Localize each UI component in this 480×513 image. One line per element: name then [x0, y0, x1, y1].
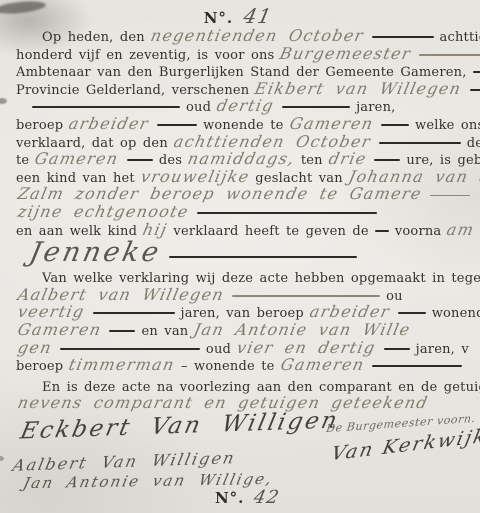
handwritten-text: arbeider	[67, 115, 151, 133]
filler-rule	[375, 230, 389, 232]
printed-text: – wonende te	[181, 359, 275, 374]
document-line: een kind van hetvrouwelijkegeslacht vanJ…	[0, 168, 480, 186]
handwritten-text: vrouwelijke	[139, 168, 251, 186]
filler-rule	[381, 124, 409, 126]
printed-text: wonende te	[203, 118, 283, 133]
filler-rule	[384, 348, 410, 350]
filler-rule-light	[419, 54, 480, 56]
filler-rule	[372, 36, 434, 38]
filler-rule	[32, 106, 180, 108]
printed-text: des	[159, 153, 182, 168]
act-number-value: 41	[242, 4, 275, 28]
printed-text: wonende	[432, 306, 480, 321]
scanned-birth-act-page: N°. 41 Op heden, dennegentienden October…	[0, 0, 480, 513]
printed-text: beroep	[16, 118, 63, 133]
handwritten-text: drie	[327, 150, 368, 168]
printed-text: en van	[141, 324, 188, 339]
printed-text: voorna	[395, 224, 442, 239]
printed-text: honderd vijf en zeventig, is voor ons	[16, 48, 274, 63]
printed-text: te	[16, 153, 29, 168]
next-act-number-value: 42	[251, 487, 281, 508]
document-line: Van welke verklaring wij deze acte hebbe…	[0, 268, 480, 286]
document-line: honderd vijf en zeventig, is voor onsBur…	[0, 45, 480, 63]
filler-rule	[157, 124, 197, 126]
filler-rule-light	[430, 195, 470, 197]
document-line: verklaard, dat op denachttienden October…	[0, 133, 480, 151]
handwritten-name-large: Jenneke	[27, 240, 163, 266]
filler-rule	[93, 312, 175, 314]
printed-text: verklaard heeft te geven de	[173, 224, 368, 239]
filler-rule	[197, 212, 377, 214]
handwritten-text: am	[446, 221, 477, 239]
handwritten-text: namiddags,	[186, 150, 296, 168]
handwritten-text: Aalbert van Willegen	[16, 286, 226, 304]
act-number-label: N°.	[204, 9, 233, 27]
printed-text: oud	[206, 342, 231, 357]
printed-text: dezes ja	[467, 136, 480, 151]
filler-rule	[473, 71, 480, 73]
document-line: genoudvier en dertigjaren, v	[0, 339, 480, 357]
next-act-number-label: N°.	[215, 489, 244, 507]
printed-text: jaren, v	[416, 342, 469, 357]
ink-smudge	[0, 456, 4, 461]
handwritten-text: Gameren	[288, 115, 375, 133]
printed-text: oud	[186, 100, 211, 115]
filler-rule	[372, 365, 462, 367]
document-line: Ambtenaar van den Burgerlijken Stand der…	[0, 62, 480, 80]
document-line: beroeptimmerman– wonende teGameren	[0, 356, 480, 374]
handwritten-text: zijne echtgenoote	[16, 203, 191, 221]
handwritten-text: vier en dertig	[235, 339, 377, 357]
handwritten-text: achttienden October	[172, 133, 373, 151]
document-line: nevens comparant en getuigen geteekend	[0, 394, 480, 412]
document-line: ouddertigjaren,	[0, 97, 480, 115]
handwritten-text: Burgemeester	[279, 45, 414, 63]
next-act-number: N°. 42	[0, 487, 480, 508]
document-line: Gamerenen vanJan Antonie van Wille	[0, 321, 480, 339]
printed-text: Provincie Gelderland, verschenen	[16, 83, 249, 98]
handwritten-text: dertig	[215, 97, 276, 115]
signature-declarant: Eckbert Van Willigen	[18, 408, 342, 445]
act-number-header: N°. 41	[0, 4, 480, 28]
handwritten-text: arbeider	[308, 303, 392, 321]
printed-text: ten	[301, 153, 323, 168]
printed-text: beroep	[16, 359, 63, 374]
document-line: Op heden, dennegentienden Octoberachttie…	[0, 27, 480, 45]
filler-rule	[282, 106, 350, 108]
document-line: Zalm zonder beroep wonende te Gamere	[0, 185, 480, 203]
act-body-text: Op heden, dennegentienden Octoberachttie…	[0, 27, 480, 412]
printed-text: ure, is gebo	[406, 153, 480, 168]
filler-rule	[127, 159, 153, 161]
filler-rule	[470, 89, 480, 91]
handwritten-text: Zalm zonder beroep wonende te Gamere	[16, 185, 423, 203]
filler-rule	[379, 142, 461, 144]
document-line: Aalbert van Willegenou	[0, 286, 480, 304]
printed-text: achttien	[440, 30, 480, 45]
document-line: Jenneke	[0, 240, 480, 266]
printed-text: Ambtenaar van den Burgerlijken Stand der…	[16, 65, 467, 80]
document-line: veertigjaren, van beroeparbeiderwonende	[0, 303, 480, 321]
document-line: zijne echtgenoote	[0, 203, 480, 221]
handwritten-text: Gameren	[16, 321, 103, 339]
document-line: En is deze acte na voorlezing aan den co…	[0, 377, 480, 395]
handwritten-text: Gameren	[33, 150, 120, 168]
printed-text: welke ons h	[415, 118, 480, 133]
handwritten-text: Eikbert van Willegen	[254, 80, 464, 98]
printed-text: Op heden, den	[42, 30, 145, 45]
filler-rule	[374, 159, 400, 161]
filler-rule	[109, 330, 135, 332]
handwritten-text: Gameren	[279, 356, 366, 374]
filler-rule-light	[232, 295, 380, 297]
document-line: teGamerendesnamiddags,tendrieure, is geb…	[0, 150, 480, 168]
handwritten-text: hij	[141, 221, 169, 239]
filler-rule	[60, 348, 200, 350]
printed-text: Van welke verklaring wij deze acte hebbe…	[42, 271, 480, 286]
handwritten-text: gen	[16, 339, 54, 357]
document-line: Provincie Gelderland, verschenenEikbert …	[0, 80, 480, 98]
handwritten-text: negentienden October	[149, 27, 365, 45]
handwritten-text: Johanna van de	[347, 168, 480, 186]
handwritten-text: nevens comparant en getuigen geteekend	[16, 394, 430, 412]
filler-rule	[169, 256, 357, 258]
handwritten-text: timmerman	[67, 356, 176, 374]
handwritten-text: Jan Antonie van Wille	[192, 321, 412, 339]
filler-rule	[398, 312, 426, 314]
document-line: en aan welk kindhijverklaard heeft te ge…	[0, 221, 480, 239]
document-line: beroeparbeiderwonende teGamerenwelke ons…	[0, 115, 480, 133]
handwritten-text: veertig	[16, 303, 86, 321]
